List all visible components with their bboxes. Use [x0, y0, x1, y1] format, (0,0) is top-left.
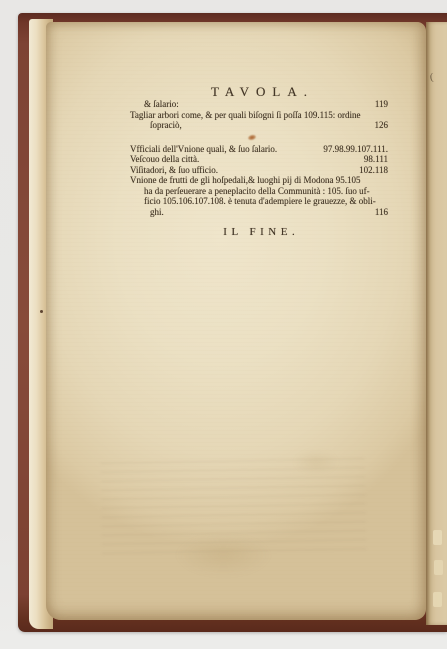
photo-background: TAVOLA. & ſalario: 119 Tagliar arbori co…: [0, 0, 447, 649]
ink-speck: [40, 310, 43, 313]
toc-entry-text: Veſcouo della città.: [130, 154, 199, 165]
toc-entry-row: ha da perſeuerare a peneplacito della Co…: [130, 186, 388, 197]
toc-entry-page-numbers: 116: [371, 207, 388, 218]
entries-gap: [130, 131, 388, 144]
toc-entry-page-numbers: 102.118: [355, 165, 388, 176]
toc-entries: & ſalario: 119 Tagliar arbori come, & pe…: [130, 99, 388, 217]
toc-entry-text: ha da perſeuerare a peneplacito della Co…: [130, 186, 370, 197]
toc-entry-text: Vfficiali dell'Vnione quali, & ſuo ſalar…: [130, 144, 277, 155]
printed-text-block: TAVOLA. & ſalario: 119 Tagliar arbori co…: [130, 22, 388, 620]
facing-page-edge: (: [426, 22, 447, 625]
toc-entry-row: Viſitadori, & ſuo ufficio. 102.118: [130, 165, 388, 176]
facing-page-mark: (: [429, 72, 433, 83]
toc-entry-row: Vfficiali dell'Vnione quali, & ſuo ſalar…: [130, 144, 388, 155]
toc-entry-text: ficio 105.106.107.108. è tenuta d'adempi…: [130, 196, 376, 207]
finis-label: IL FINE.: [130, 226, 388, 238]
toc-entry-text: Tagliar arbori come, & per quali biſogni…: [130, 110, 360, 121]
toc-entry-text: ſopraciò,: [130, 120, 182, 131]
toc-entry-row: ficio 105.106.107.108. è tenuta d'adempi…: [130, 196, 388, 207]
toc-entry-row: Tagliar arbori come, & per quali biſogni…: [130, 110, 388, 121]
page-title: TAVOLA.: [130, 84, 388, 100]
toc-entry-row: ſopraciò, 126: [130, 120, 388, 131]
toc-entry-page-numbers: 126: [371, 120, 389, 131]
toc-entry-page-numbers: 98.111: [360, 154, 388, 165]
toc-entry-row: & ſalario: 119: [130, 99, 388, 110]
toc-entry-row: ghi. 116: [130, 207, 388, 218]
toc-entry-row: Veſcouo della città. 98.111: [130, 154, 388, 165]
toc-entry-text: Vnione de frutti de gli hoſpedali,& luog…: [130, 175, 360, 186]
page-edge-marks: [433, 530, 442, 545]
toc-entry-row: Vnione de frutti de gli hoſpedali,& luog…: [130, 175, 388, 186]
toc-entry-text: ghi.: [130, 207, 164, 218]
toc-entry-text: & ſalario:: [130, 99, 179, 110]
book-page: TAVOLA. & ſalario: 119 Tagliar arbori co…: [46, 22, 426, 620]
toc-entry-page-numbers: 97.98.99.107.111.: [319, 144, 388, 155]
toc-entry-page-numbers: 119: [371, 99, 388, 110]
toc-entry-text: Viſitadori, & ſuo ufficio.: [130, 165, 218, 176]
